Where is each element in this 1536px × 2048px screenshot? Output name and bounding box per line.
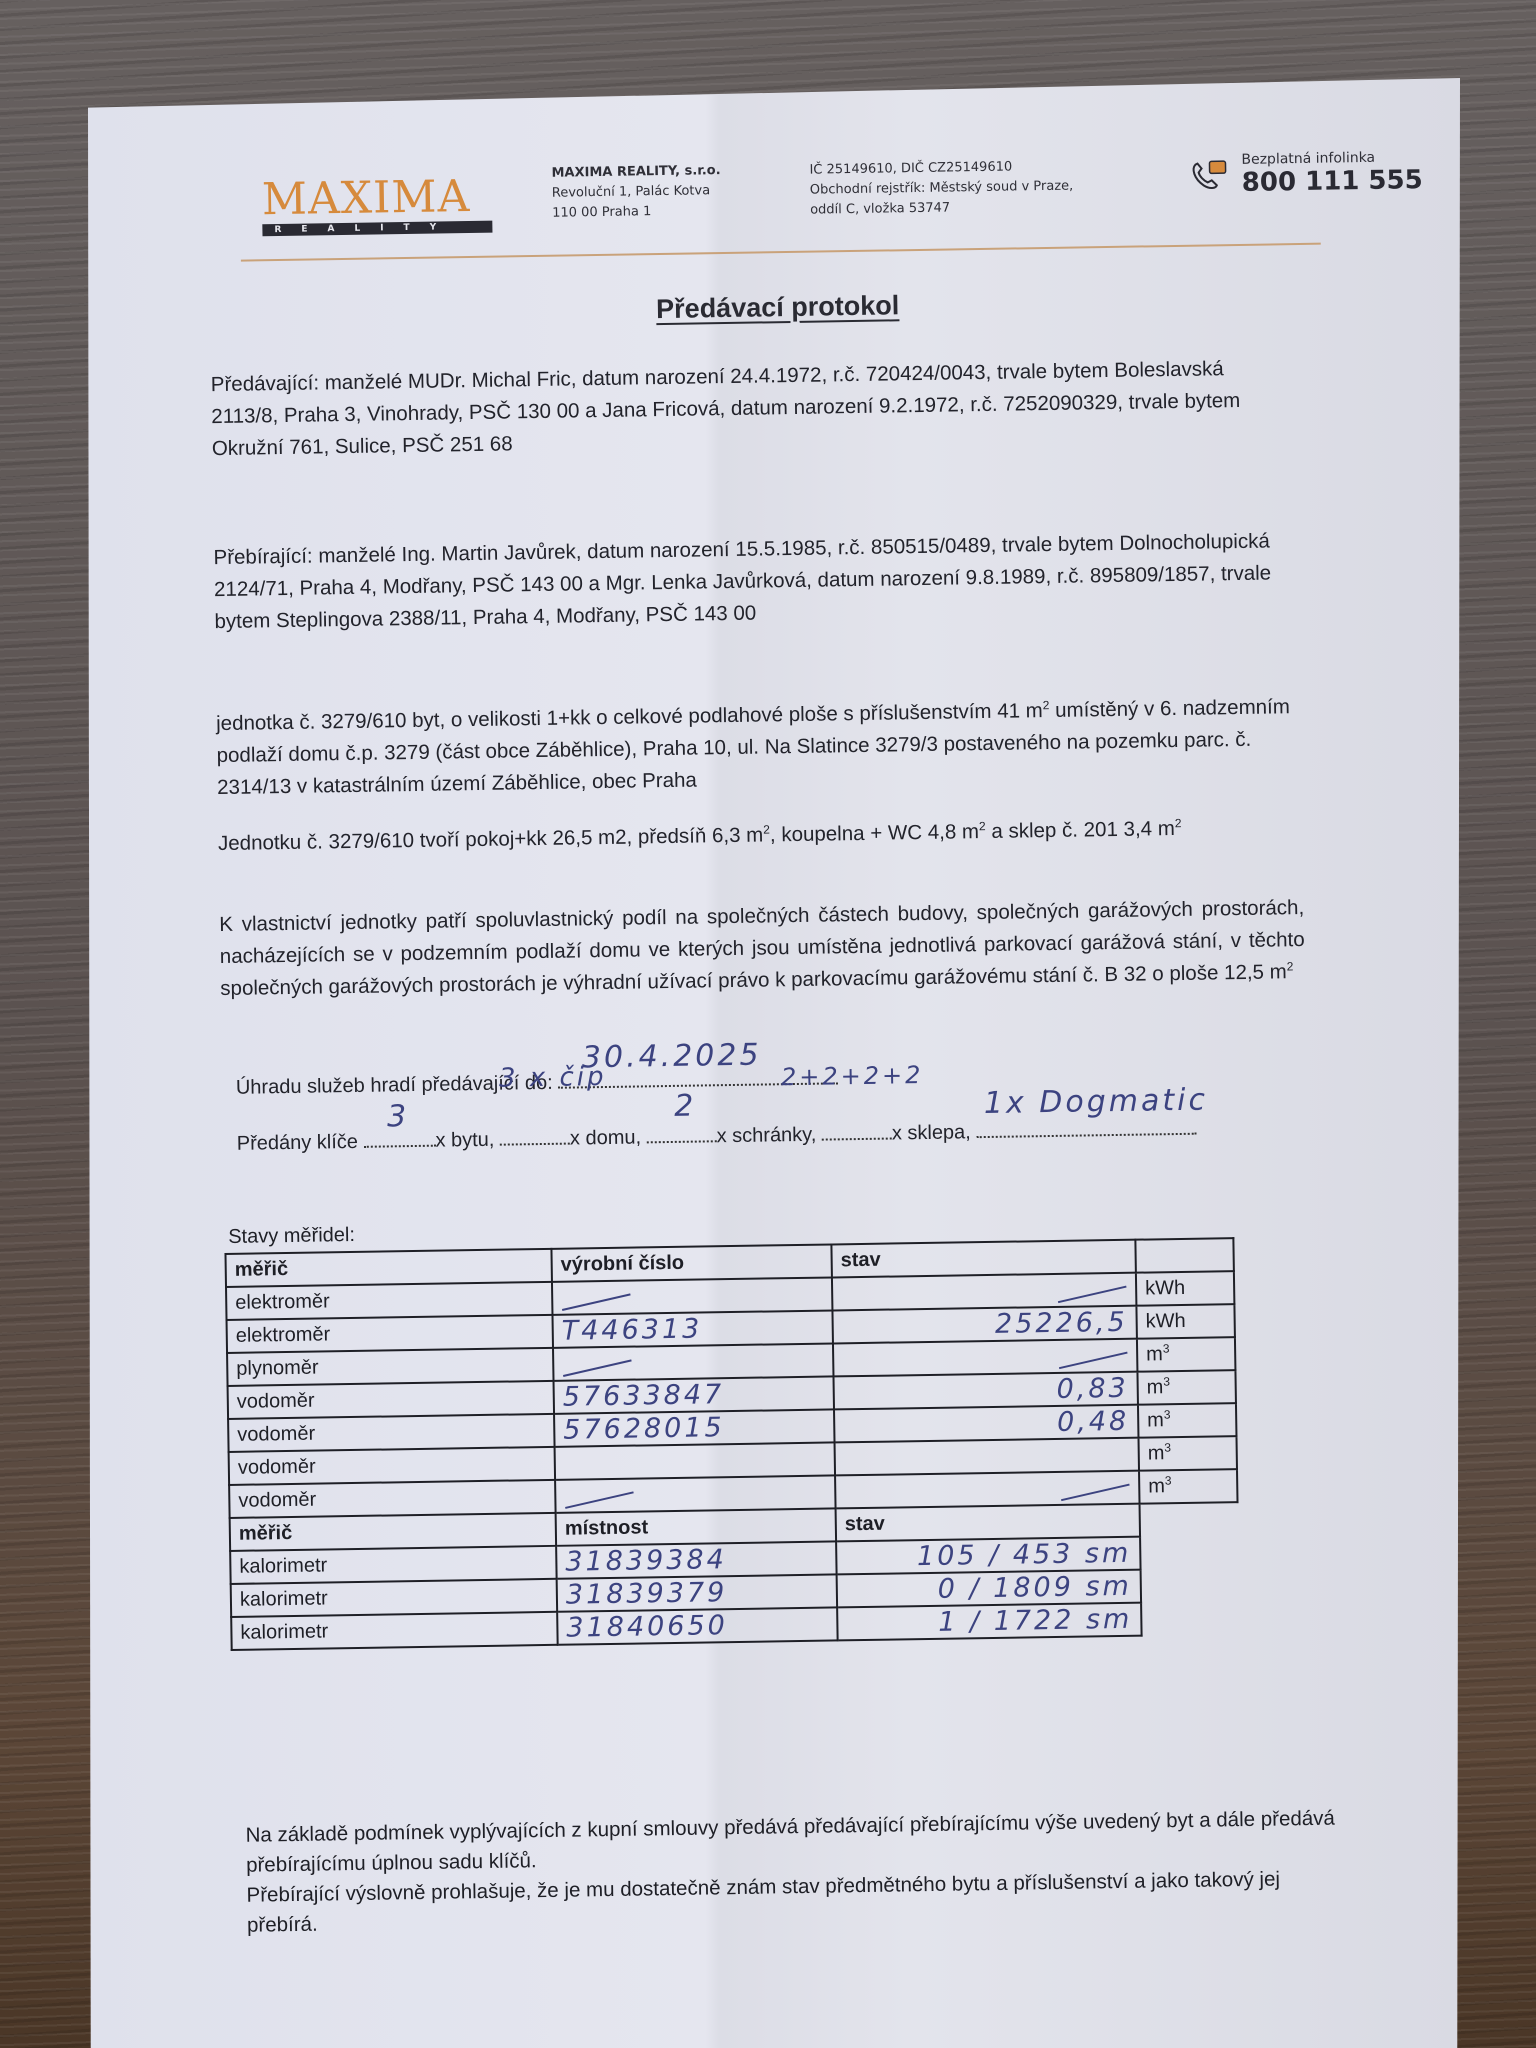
slash-mark <box>1058 1286 1127 1304</box>
ownership-paragraph: K vlastnictví jednotky patří spoluvlastn… <box>219 892 1305 1005</box>
header-divider <box>241 243 1321 262</box>
meter-serial[interactable] <box>553 1343 833 1380</box>
handwritten-value: 25226,5 <box>995 1307 1128 1340</box>
meter-reading[interactable]: 25226,5 <box>832 1306 1136 1344</box>
keys-label: Předány klíče <box>237 1131 359 1155</box>
meter-serial[interactable]: T446313 <box>552 1310 832 1347</box>
meter-type: kalorimetr <box>231 1579 557 1617</box>
slash-mark <box>563 1359 632 1377</box>
meter-type: kalorimetr <box>231 1612 557 1650</box>
meter-reading[interactable] <box>835 1438 1139 1476</box>
keys-cellar-field[interactable]: 2+2+2+2 <box>822 1122 892 1141</box>
registry-court: Obchodní rejstřík: Městský soud v Praze, <box>810 177 1074 201</box>
meter-unit: m3 <box>1139 1469 1238 1504</box>
meter-type: plynoměr <box>227 1348 553 1386</box>
handwritten-value: 31839384 <box>565 1544 727 1578</box>
meter-serial[interactable]: 57633847 <box>554 1376 834 1413</box>
handwritten-value: 0,83 <box>1056 1373 1129 1405</box>
handwritten-value: 31839379 <box>566 1577 728 1611</box>
meter-unit: m3 <box>1138 1403 1237 1438</box>
slash-mark <box>1059 1352 1128 1370</box>
unit-paragraph: jednotka č. 3279/610 byt, o velikosti 1+… <box>216 691 1302 804</box>
meter-type: kalorimetr <box>230 1546 556 1584</box>
meter-type: elektroměr <box>226 1282 552 1320</box>
company-name: MAXIMA REALITY, s.r.o. <box>551 161 720 184</box>
handwritten-value: 105 / 453 sm <box>917 1538 1132 1572</box>
meter-reading[interactable]: 0,48 <box>834 1405 1138 1443</box>
meter-type: vodoměr <box>228 1414 554 1452</box>
meter-serial[interactable]: 57628015 <box>554 1409 834 1446</box>
meter-unit: m3 <box>1137 1370 1236 1405</box>
handwritten-value: 0 / 1809 sm <box>937 1571 1132 1605</box>
meter-reading[interactable] <box>832 1273 1136 1311</box>
handwritten-value: 31840650 <box>566 1610 728 1644</box>
company-address-2: 110 00 Praha 1 <box>552 201 721 224</box>
meter-reading[interactable] <box>833 1339 1137 1377</box>
meters-label: Stavy měřidel: <box>228 1224 355 1249</box>
meter-room[interactable]: 31839384 <box>556 1541 836 1578</box>
meter-reading[interactable]: 105 / 453 sm <box>836 1537 1140 1575</box>
hotline-number[interactable]: 800 111 555 <box>1242 165 1423 198</box>
meter-type: vodoměr <box>229 1447 555 1485</box>
keys-row: Předány klíče 3 x bytu, 3 x čip x domu, … <box>237 1117 1197 1156</box>
column-header: stav <box>836 1504 1140 1542</box>
column-header: stav <box>831 1240 1135 1278</box>
meter-type: vodoměr <box>229 1480 555 1518</box>
slash-mark <box>562 1293 631 1311</box>
meter-serial[interactable] <box>555 1442 835 1479</box>
phone-chat-icon <box>1189 158 1230 193</box>
services-date-value: 30.4.2025 <box>582 1038 762 1076</box>
registry-info: IČ 25149610, DIČ CZ25149610 Obchodní rej… <box>809 157 1073 221</box>
meter-unit: kWh <box>1136 1271 1235 1306</box>
spacer <box>1141 1601 1240 1636</box>
transferee-paragraph: Přebírající: manželé Ing. Martin Javůrek… <box>213 525 1299 638</box>
meter-unit: kWh <box>1136 1304 1235 1339</box>
keys-house-field[interactable]: 3 x čip <box>500 1127 570 1146</box>
meter-type: vodoměr <box>228 1381 554 1419</box>
slash-mark <box>565 1491 634 1509</box>
closing-text: Na základě podmínek vyplývajících z kupn… <box>245 1804 1337 1941</box>
rooms-paragraph: Jednotku č. 3279/610 tvoří pokoj+kk 26,5… <box>218 811 1303 860</box>
transferor-paragraph: Předávající: manželé MUDr. Michal Fric, … <box>211 352 1297 465</box>
document-page: MAXIMA REALITY MAXIMA REALITY, s.r.o. Re… <box>88 78 1460 2048</box>
meter-unit: m3 <box>1138 1436 1237 1471</box>
spacer <box>1140 1535 1239 1570</box>
spacer <box>1140 1502 1239 1537</box>
meter-serial[interactable] <box>552 1277 832 1314</box>
handwritten-value: 57633847 <box>563 1379 725 1413</box>
logo-word: MAXIMA <box>262 174 495 224</box>
meter-serial[interactable] <box>555 1475 835 1512</box>
slash-mark <box>1061 1484 1130 1502</box>
handwritten-value: T446313 <box>561 1314 702 1347</box>
keys-flat-field[interactable]: 3 <box>363 1129 435 1148</box>
meter-reading[interactable]: 0 / 1809 sm <box>837 1570 1141 1608</box>
meters-table: měřičvýrobní číslostavelektroměrkWhelekt… <box>224 1237 1240 1651</box>
meter-reading[interactable]: 1 / 1722 sm <box>837 1603 1141 1641</box>
document-title: Předávací protokol <box>92 281 1464 334</box>
handwritten-value: 57628015 <box>563 1412 725 1446</box>
spacer <box>1141 1568 1240 1603</box>
meter-type: elektroměr <box>227 1315 553 1353</box>
column-header: místnost <box>556 1508 836 1545</box>
company-address-1: Revoluční 1, Palác Kotva <box>552 181 721 204</box>
registry-section: oddíl C, vložka 53747 <box>810 197 1074 221</box>
company-info: MAXIMA REALITY, s.r.o. Revoluční 1, Palá… <box>551 161 721 224</box>
meter-reading[interactable]: 0,83 <box>833 1372 1137 1410</box>
meter-room[interactable]: 31839379 <box>557 1574 837 1611</box>
handwritten-value: 0,48 <box>1057 1406 1130 1438</box>
maxima-logo: MAXIMA REALITY <box>262 174 495 237</box>
keys-other-field[interactable]: 1x Dogmatic <box>976 1117 1196 1138</box>
hotline: Bezplatná infolinka 800 111 555 <box>1189 149 1423 199</box>
column-header <box>1135 1238 1234 1273</box>
column-header: měřič <box>230 1513 556 1551</box>
meter-room[interactable]: 31840650 <box>557 1607 837 1644</box>
column-header: měřič <box>225 1249 551 1287</box>
keys-mailbox-field[interactable]: 2 <box>646 1124 716 1143</box>
meter-reading[interactable] <box>835 1471 1139 1509</box>
column-header: výrobní číslo <box>551 1244 831 1281</box>
meter-unit: m3 <box>1137 1337 1236 1372</box>
handwritten-value: 1 / 1722 sm <box>938 1604 1133 1638</box>
